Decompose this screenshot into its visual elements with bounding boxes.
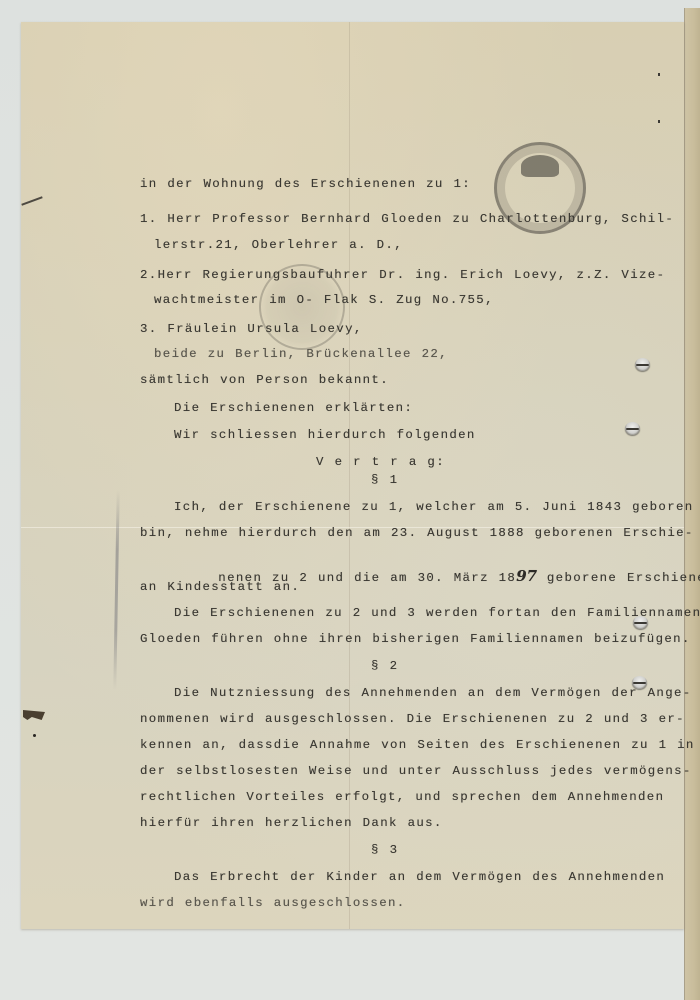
text-line: Die Nutzniessung des Annehmenden an dem … bbox=[174, 685, 692, 701]
paper-sheet: in der Wohnung des Erschienenen zu 1: 1.… bbox=[21, 22, 684, 929]
text-line: Das Erbrecht der Kinder an dem Vermögen … bbox=[174, 869, 665, 885]
text-line: 2.Herr Regierungsbaufuhrer Dr. ing. Eric… bbox=[140, 267, 665, 283]
text-line: in der Wohnung des Erschienenen zu 1: bbox=[140, 176, 471, 192]
text-line: 3. Fräulein Ursula Loevy, bbox=[140, 321, 363, 337]
text-line: Die Erschienenen erklärten: bbox=[174, 400, 413, 416]
text-line: Wir schliessen hierdurch folgenden bbox=[174, 427, 476, 443]
contract-heading: V e r t r a g: bbox=[316, 454, 445, 470]
section-heading: § 3 bbox=[371, 842, 398, 858]
text-line: wachtmeister im O- Flak S. Zug No.755, bbox=[154, 292, 494, 308]
text-line: der selbstlosesten Weise und unter Aussc… bbox=[140, 763, 692, 779]
text-line: lerstr.21, Oberlehrer a. D., bbox=[154, 237, 403, 253]
text-line: Gloeden führen ohne ihren bisherigen Fam… bbox=[140, 631, 691, 647]
text-line: rechtlichen Vorteiles erfolgt, und sprec… bbox=[140, 789, 664, 805]
text-line: sämtlich von Person bekannt. bbox=[140, 372, 389, 388]
section-heading: § 1 bbox=[371, 472, 398, 488]
document-scan: in der Wohnung des Erschienenen zu 1: 1.… bbox=[0, 0, 700, 1000]
document-body: in der Wohnung des Erschienenen zu 1: 1.… bbox=[21, 22, 684, 929]
text-line: an Kindesstatt an. bbox=[140, 579, 300, 595]
section-heading: § 2 bbox=[371, 658, 398, 674]
text-line: 1. Herr Professor Bernhard Gloeden zu Ch… bbox=[140, 211, 674, 227]
handwritten-correction: 97 bbox=[516, 567, 537, 585]
text-line: hierfür ihren herzlichen Dank aus. bbox=[140, 815, 443, 831]
text-segment: geborene Erschienene zu 3 bbox=[537, 571, 700, 585]
text-line: kennen an, dassdie Annahme von Seiten de… bbox=[140, 737, 695, 753]
text-line: bin, nehme hierdurch den am 23. August 1… bbox=[140, 525, 694, 541]
text-line: wird ebenfalls ausgeschlossen. bbox=[140, 895, 406, 911]
text-line: Ich, der Erschienene zu 1, welcher am 5.… bbox=[174, 499, 694, 515]
text-line: beide zu Berlin, Brückenallee 22, bbox=[154, 346, 448, 362]
text-line: nommenen wird ausgeschlossen. Die Erschi… bbox=[140, 711, 685, 727]
text-line: Die Erschienenen zu 2 und 3 werden forta… bbox=[174, 605, 700, 621]
